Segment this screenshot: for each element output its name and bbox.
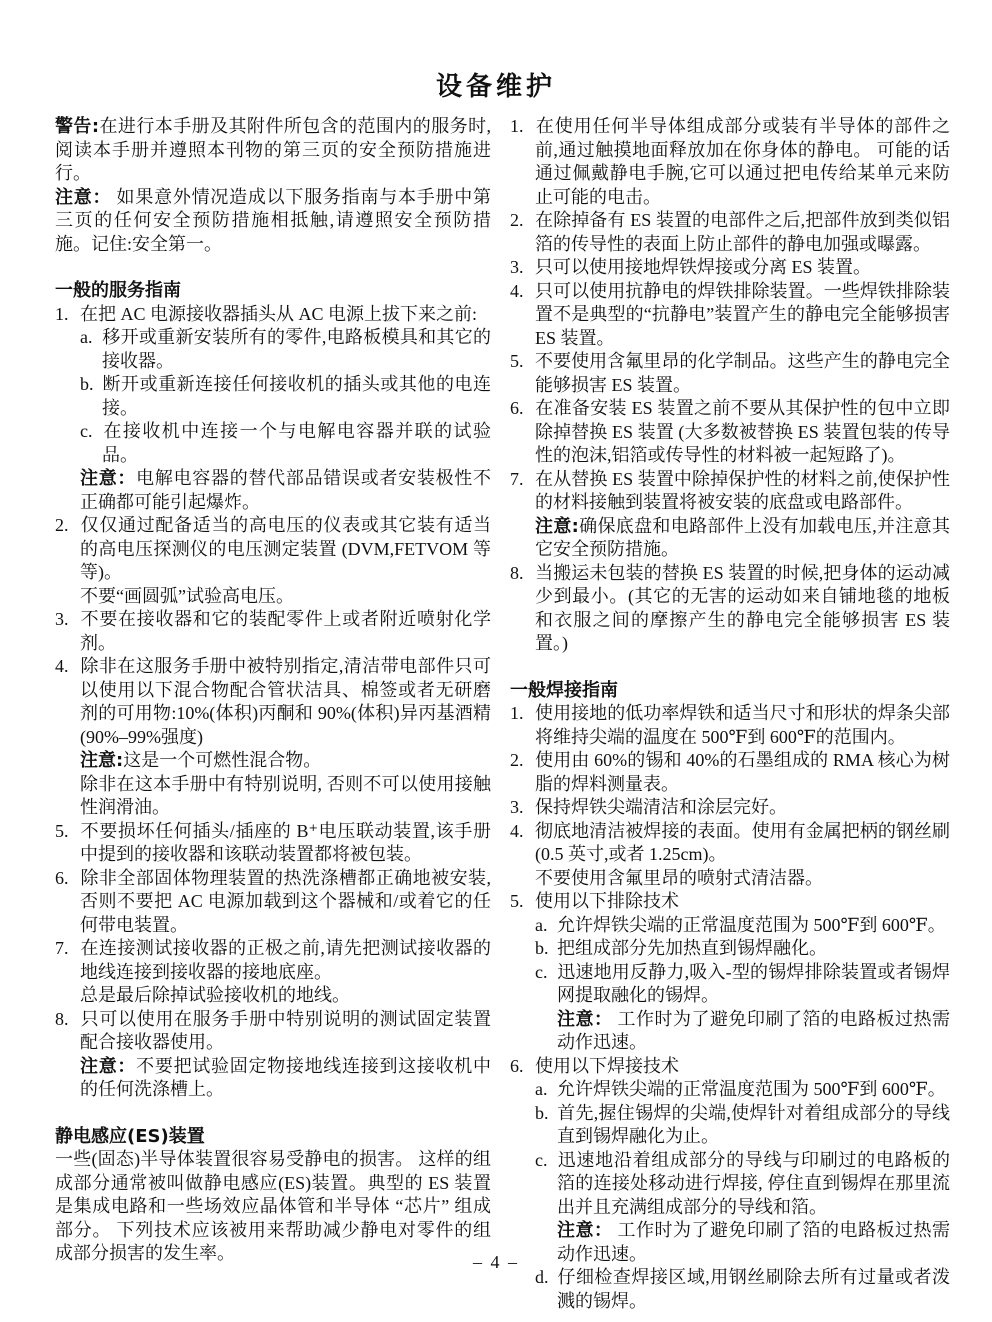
list-item: 8.只可以使用在服务手册中特别说明的测试固定装置配合接收器使用。 [55, 1008, 491, 1055]
list-marker: 3. [55, 608, 80, 632]
text-segment: 使用由 60%的锡和 40%的石墨组成的 RMA 核心为树脂的焊料测量表。 [535, 750, 950, 794]
text-segment: 断开或重新连接任何接收机的插头或其他的电连接。 [102, 374, 491, 418]
paragraph: 警告:在进行本手册及其附件所包含的范围内的服务时,阅读本手册并遵照本刊物的第三页… [55, 115, 491, 186]
list-item: 8.当搬运未包装的替换 ES 装置的时候,把身体的运动减少到最小。(其它的无害的… [510, 562, 950, 656]
text-segment: 在接收机中连接一个与电解电容器并联的试验品。 [102, 421, 491, 465]
sub-item-continuation: 注意： 工作时为了避免印刷了箔的电路板过热需动作迅速。 [510, 1008, 950, 1055]
list-item: 5.不要使用含氟里昂的化学制品。这些产生的静电完全能够损害 ES 装置。 [510, 350, 950, 397]
text-segment: 只可以使用在服务手册中特别说明的测试固定装置配合接收器使用。 [80, 1009, 491, 1053]
text-segment: 不要使用含氟里昂的喷射式清洁器。 [535, 868, 823, 888]
text-segment: 工作时为了避免印刷了箔的电路板过热需动作迅速。 [557, 1009, 950, 1053]
bold-lead-in: 一般焊接指南 [510, 680, 618, 701]
list-item: 6.在准备安装 ES 装置之前不要从其保护性的包中立即除掉替换 ES 装置 (大… [510, 397, 950, 468]
text-segment: 移开或重新安装所有的零件,电路板模具和其它的接收器。 [102, 327, 491, 371]
list-marker: 3. [510, 796, 535, 820]
text-segment: 保持焊铁尖端清洁和涂层完好。 [535, 797, 787, 817]
text-segment: 首先,握住锡焊的尖端,使焊针对着组成部分的导线直到锡焊融化为止。 [557, 1103, 950, 1147]
text-segment: 除非在这服务手册中被特别指定,清洁带电部件只可以使用以下混合物配合管状洁具、棉签… [80, 656, 491, 747]
item-continuation: 注意:确保底盘和电路部件上没有加载电压,并注意其它安全预防措施。 [510, 515, 950, 562]
bold-lead-in: 注意: [535, 516, 579, 537]
list-item: 2.仅仅通过配备适当的高电压的仪表或其它装有适当的高电压探测仪的电压测定装置 (… [55, 514, 491, 585]
list-item: 3.不要在接收器和它的装配零件上或者附近喷射化学剂。 [55, 608, 491, 655]
bold-lead-in: 静电感应(ES)装置 [55, 1126, 205, 1147]
item-continuation: 不要“画圆弧”试验高电压。 [55, 585, 491, 609]
list-marker: a. [535, 1078, 557, 1102]
bold-lead-in: 注意： [55, 187, 111, 208]
bold-lead-in: 注意: [80, 750, 123, 771]
list-item: 4.彻底地清洁被焊接的表面。使用有金属把柄的钢丝刷(0.5 英寸,或者 1.25… [510, 820, 950, 867]
list-item: 4.只可以使用抗静电的焊铁排除装置。一些焊铁排除装置不是典型的“抗静电”装置产生… [510, 280, 950, 351]
page-number: – 4 – [0, 1251, 992, 1275]
list-marker: a. [80, 326, 102, 350]
list-item: 7.在连接测试接收器的正极之前,请先把测试接收器的地线连接到接收器的接地底座。 [55, 937, 491, 984]
list-marker: 3. [510, 256, 535, 280]
bold-lead-in: 注意： [557, 1220, 613, 1241]
sub-list-item: a.允许焊铁尖端的正常温度范围为 500℉到 600℉。 [510, 914, 950, 938]
list-marker: 5. [55, 820, 80, 844]
bold-lead-in: 注意： [80, 468, 136, 489]
left-column: 警告:在进行本手册及其附件所包含的范围内的服务时,阅读本手册并遵照本刊物的第三页… [55, 115, 491, 1313]
list-item: 5.使用以下排除技术 [510, 890, 950, 914]
text-segment: 总是最后除掉试验接收机的地线。 [80, 985, 350, 1005]
list-marker: c. [535, 961, 557, 985]
paragraph: 一些(固态)半导体装置很容易受静电的损害。 这样的组成部分通常被叫做静电感应(E… [55, 1148, 491, 1266]
item-continuation: 除非在这本手册中有特别说明, 否则不可以使用接触性润滑油。 [55, 773, 491, 820]
list-item: 2.在除掉备有 ES 装置的电部件之后,把部件放到类似铝箔的传导性的表面上防止部… [510, 209, 950, 256]
list-marker: 8. [510, 562, 535, 586]
text-segment: 如果意外情况造成以下服务指南与本手册中第三页的任何安全预防措施相抵触,请遵照安全… [55, 187, 491, 254]
text-segment: 在把 AC 电源接收器插头从 AC 电源上拔下来之前: [80, 304, 477, 324]
list-marker: c. [80, 420, 102, 444]
sub-list-item: a.允许焊铁尖端的正常温度范围为 500℉到 600℉。 [510, 1078, 950, 1102]
text-segment: 迅速地用反静力,吸入-型的锡焊排除装置或者锡焊网提取融化的锡焊。 [557, 962, 950, 1006]
sub-list-item: b.把组成部分先加热直到锡焊融化。 [510, 937, 950, 961]
text-segment: 除非在这本手册中有特别说明, 否则不可以使用接触性润滑油。 [80, 774, 491, 818]
list-marker: 6. [510, 1055, 535, 1079]
list-item: 1.在使用任何半导体组成部分或装有半导体的部件之前,通过触摸地面释放加在你身体的… [510, 115, 950, 209]
text-segment: 不要损坏任何插头/插座的 B⁺电压联动装置,该手册中提到的接收器和该联动装置都将… [80, 821, 491, 865]
list-marker: 7. [510, 468, 535, 492]
list-marker: 1. [55, 303, 80, 327]
text-segment: 彻底地清洁被焊接的表面。使用有金属把柄的钢丝刷(0.5 英寸,或者 1.25cm… [535, 821, 950, 865]
list-marker: 2. [510, 749, 535, 773]
list-marker: b. [80, 373, 102, 397]
bold-lead-in: 警告: [55, 116, 99, 137]
text-segment: 除非全部固体物理装置的热洗涤槽都正确地被安装, 否则不要把 AC 电源加载到这个… [80, 868, 491, 935]
list-marker: 5. [510, 350, 535, 374]
text-segment: 电解电容器的替代部品错误或者安装极性不正确都可能引起爆炸。 [80, 468, 491, 512]
list-marker: b. [535, 1102, 557, 1126]
list-item: 5.不要损坏任何插头/插座的 B⁺电压联动装置,该手册中提到的接收器和该联动装置… [55, 820, 491, 867]
list-item: 2.使用由 60%的锡和 40%的石墨组成的 RMA 核心为树脂的焊料测量表。 [510, 749, 950, 796]
list-marker: 2. [510, 209, 535, 233]
list-marker: b. [535, 937, 557, 961]
text-segment: 在进行本手册及其附件所包含的范围内的服务时,阅读本手册并遵照本刊物的第三页的安全… [55, 116, 491, 183]
list-item: 6.使用以下焊接技术 [510, 1055, 950, 1079]
text-segment: 不要使用含氟里昂的化学制品。这些产生的静电完全能够损害 ES 装置。 [535, 351, 950, 395]
item-continuation: 不要使用含氟里昂的喷射式清洁器。 [510, 867, 950, 891]
text-segment: 仅仅通过配备适当的高电压的仪表或其它装有适当的高电压探测仪的电压测定装置 (DV… [80, 515, 491, 582]
sub-list-item: b.首先,握住锡焊的尖端,使焊针对着组成部分的导线直到锡焊融化为止。 [510, 1102, 950, 1149]
text-segment: 确保底盘和电路部件上没有加载电压,并注意其它安全预防措施。 [535, 516, 950, 560]
text-segment: 在从替换 ES 装置中除掉保护性的材料之前,使保护性的材料接触到装置将被安装的底… [535, 469, 950, 513]
sub-list-item: b.断开或重新连接任何接收机的插头或其他的电连接。 [55, 373, 491, 420]
text-segment: 允许焊铁尖端的正常温度范围为 500℉到 600℉。 [557, 915, 946, 935]
list-item: 6.除非全部固体物理装置的热洗涤槽都正确地被安装, 否则不要把 AC 电源加载到… [55, 867, 491, 938]
list-marker: 6. [55, 867, 80, 891]
item-continuation: 总是最后除掉试验接收机的地线。 [55, 984, 491, 1008]
sub-list-item: c.在接收机中连接一个与电解电容器并联的试验品。 [55, 420, 491, 467]
list-item: 4.除非在这服务手册中被特别指定,清洁带电部件只可以使用以下混合物配合管状洁具、… [55, 655, 491, 749]
list-item: 1.在把 AC 电源接收器插头从 AC 电源上拔下来之前: [55, 303, 491, 327]
page-title: 设备维护 [0, 72, 992, 102]
text-segment: 在使用任何半导体组成部分或装有半导体的部件之前,通过触摸地面释放加在你身体的静电… [535, 116, 950, 207]
text-segment: 使用以下排除技术 [535, 891, 679, 911]
sub-list-item: c.迅速地沿着组成部分的导线与印刷过的电路板的箔的连接处移动进行焊接, 停住直到… [510, 1149, 950, 1220]
section-heading: 静电感应(ES)装置 [55, 1125, 491, 1149]
item-continuation: 注意：电解电容器的替代部品错误或者安装极性不正确都可能引起爆炸。 [55, 467, 491, 514]
list-item: 3.保持焊铁尖端清洁和涂层完好。 [510, 796, 950, 820]
list-marker: 1. [510, 702, 535, 726]
text-segment: 在除掉备有 ES 装置的电部件之后,把部件放到类似铝箔的传导性的表面上防止部件的… [535, 210, 950, 254]
list-marker: 6. [510, 397, 535, 421]
text-segment: 把组成部分先加热直到锡焊融化。 [557, 938, 827, 958]
list-item: 7.在从替换 ES 装置中除掉保护性的材料之前,使保护性的材料接触到装置将被安装… [510, 468, 950, 515]
text-segment: 这是一个可燃性混合物。 [123, 750, 321, 770]
bold-lead-in: 注意： [80, 1056, 136, 1077]
paragraph: 注意： 如果意外情况造成以下服务指南与本手册中第三页的任何安全预防措施相抵触,请… [55, 186, 491, 257]
list-marker: c. [535, 1149, 557, 1173]
text-segment: 只可以使用抗静电的焊铁排除装置。一些焊铁排除装置不是典型的“抗静电”装置产生的静… [535, 281, 950, 348]
text-segment: 使用接地的低功率焊铁和适当尺寸和形状的焊条尖部将维持尖端的温度在 500℉到 6… [535, 703, 950, 747]
list-marker: a. [535, 914, 557, 938]
bold-lead-in: 注意： [557, 1009, 613, 1030]
text-segment: 允许焊铁尖端的正常温度范围为 500℉到 600℉。 [557, 1079, 946, 1099]
list-marker: 2. [55, 514, 80, 538]
list-marker: 1. [510, 115, 535, 139]
right-column: 1.在使用任何半导体组成部分或装有半导体的部件之前,通过触摸地面释放加在你身体的… [510, 115, 950, 1313]
list-item: 3.只可以使用接地焊铁焊接或分离 ES 装置。 [510, 256, 950, 280]
text-segment: 一些(固态)半导体装置很容易受静电的损害。 这样的组成部分通常被叫做静电感应(E… [55, 1149, 491, 1263]
section-heading: 一般焊接指南 [510, 679, 950, 703]
list-marker: 4. [510, 820, 535, 844]
text-segment: 当搬运未包装的替换 ES 装置的时候,把身体的运动减少到最小。(其它的无害的运动… [535, 563, 950, 654]
text-segment: 在准备安装 ES 装置之前不要从其保护性的包中立即除掉替换 ES 装置 (大多数… [535, 398, 950, 465]
two-column-body: 警告:在进行本手册及其附件所包含的范围内的服务时,阅读本手册并遵照本刊物的第三页… [0, 102, 992, 1313]
list-marker: 4. [55, 655, 80, 679]
bold-lead-in: 一般的服务指南 [55, 280, 181, 301]
text-segment: 迅速地沿着组成部分的导线与印刷过的电路板的箔的连接处移动进行焊接, 停住直到锡焊… [557, 1150, 950, 1217]
list-item: 1.使用接地的低功率焊铁和适当尺寸和形状的焊条尖部将维持尖端的温度在 500℉到… [510, 702, 950, 749]
list-marker: 4. [510, 280, 535, 304]
text-segment: 在连接测试接收器的正极之前,请先把测试接收器的地线连接到接收器的接地底座。 [80, 938, 491, 982]
list-marker: 8. [55, 1008, 80, 1032]
section-heading: 一般的服务指南 [55, 279, 491, 303]
item-continuation: 注意：不要把试验固定物接地线连接到这接收机中的任何洗涤槽上。 [55, 1055, 491, 1102]
list-marker: 7. [55, 937, 80, 961]
text-segment: 使用以下焊接技术 [535, 1056, 679, 1076]
text-segment: 不要“画圆弧”试验高电压。 [80, 586, 294, 606]
sub-list-item: a.移开或重新安装所有的零件,电路板模具和其它的接收器。 [55, 326, 491, 373]
document-page: 设备维护 警告:在进行本手册及其附件所包含的范围内的服务时,阅读本手册并遵照本刊… [0, 0, 992, 1322]
text-segment: 不要把试验固定物接地线连接到这接收机中的任何洗涤槽上。 [80, 1056, 491, 1100]
text-segment: 只可以使用接地焊铁焊接或分离 ES 装置。 [535, 257, 871, 277]
text-segment: 不要在接收器和它的装配零件上或者附近喷射化学剂。 [80, 609, 491, 653]
list-marker: 5. [510, 890, 535, 914]
item-continuation: 注意:这是一个可燃性混合物。 [55, 749, 491, 773]
sub-list-item: c.迅速地用反静力,吸入-型的锡焊排除装置或者锡焊网提取融化的锡焊。 [510, 961, 950, 1008]
